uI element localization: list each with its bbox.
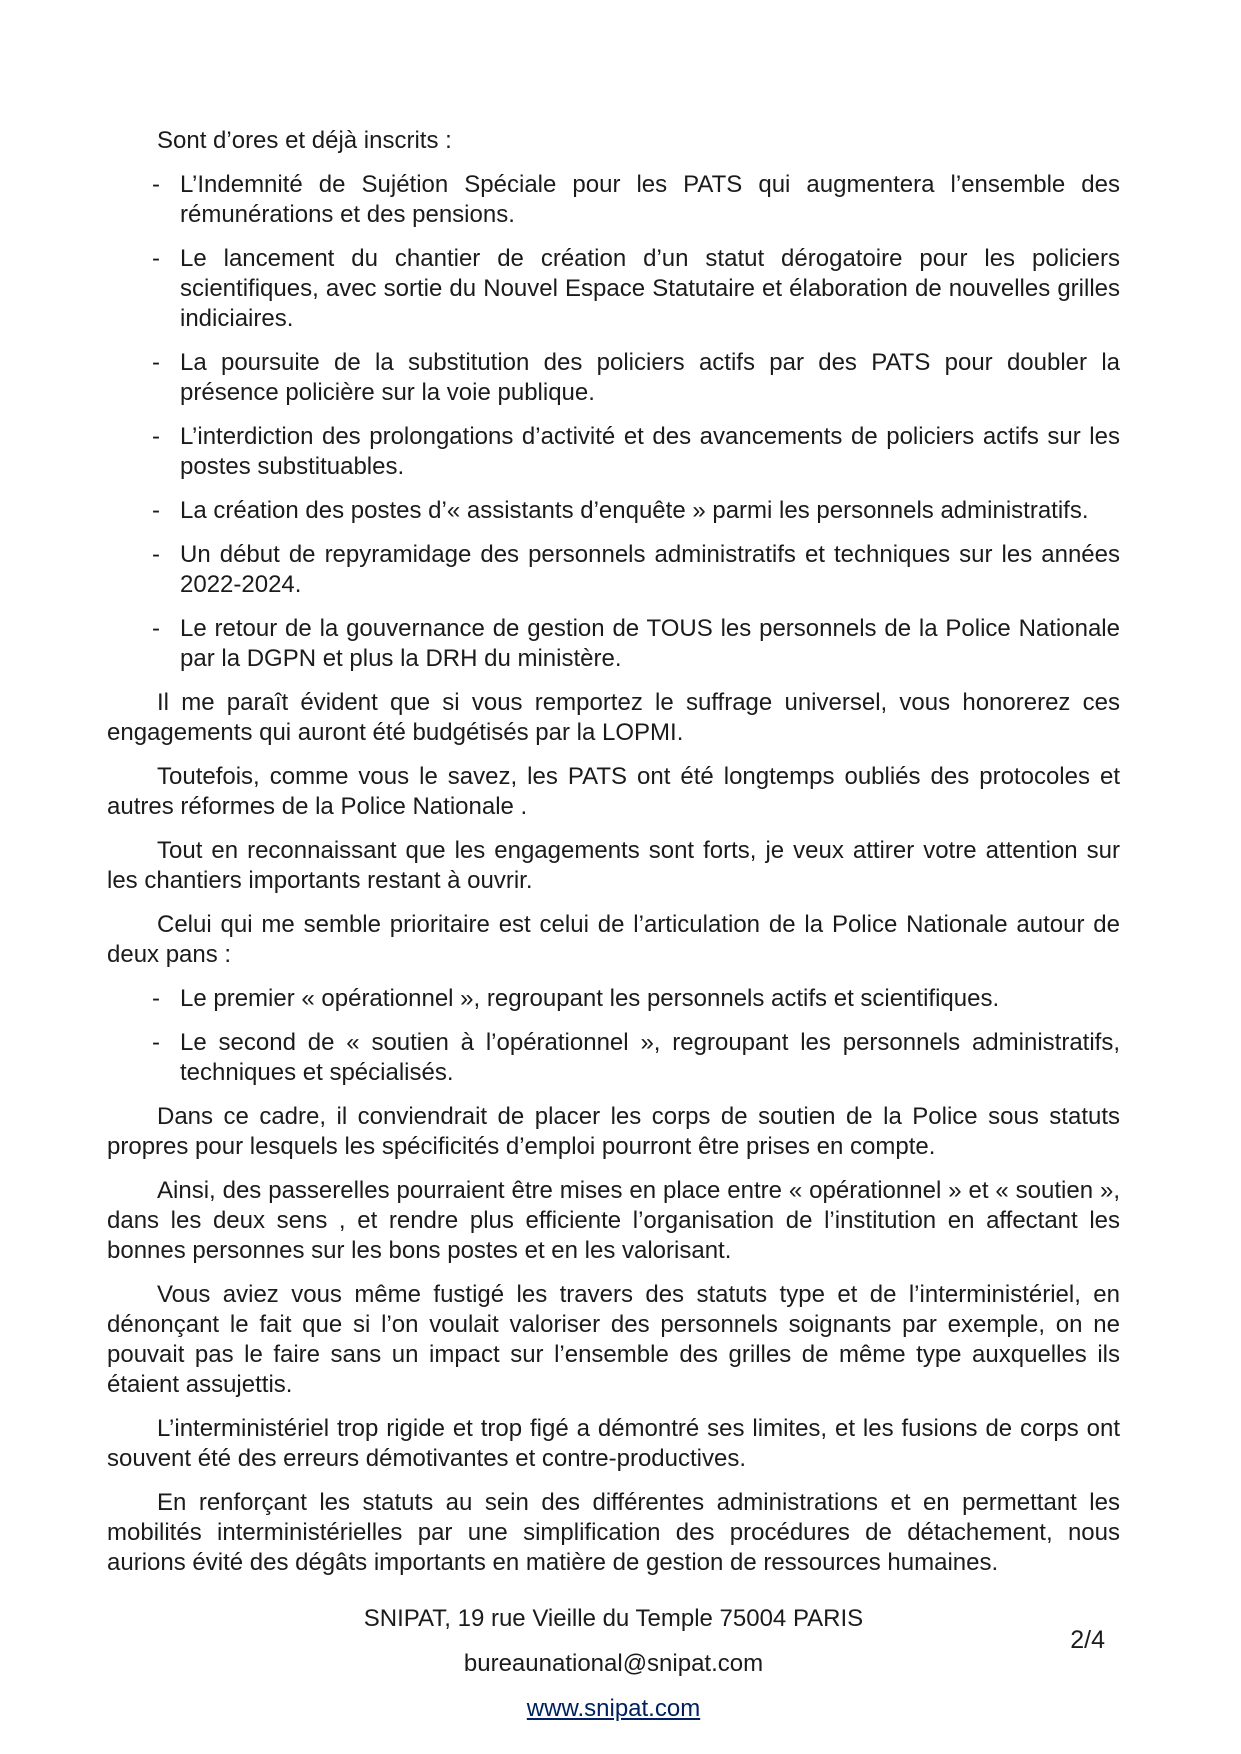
bullet-item: -La création des postes d’« assistants d… (107, 496, 1120, 526)
bullet-dash: - (152, 244, 180, 334)
bullet-text: L’Indemnité de Sujétion Spéciale pour le… (180, 170, 1120, 230)
bullet-dash: - (152, 540, 180, 600)
paragraph: Vous aviez vous même fustigé les travers… (107, 1280, 1120, 1400)
bullet-dash: - (152, 984, 180, 1014)
page-footer: SNIPAT, 19 rue Vieille du Temple 75004 P… (107, 1596, 1120, 1731)
footer-address: SNIPAT, 19 rue Vieille du Temple 75004 P… (107, 1596, 1120, 1641)
bullet-item: -L’interdiction des prolongations d’acti… (107, 422, 1120, 482)
bullet-dash: - (152, 422, 180, 482)
paragraph: Il me paraît évident que si vous remport… (107, 688, 1120, 748)
document-page: Sont d’ores et déjà inscrits :-L’Indemni… (0, 0, 1241, 1754)
bullet-text: La création des postes d’« assistants d’… (180, 496, 1120, 526)
bullet-item: -Le lancement du chantier de création d’… (107, 244, 1120, 334)
footer-website-link[interactable]: www.snipat.com (527, 1695, 700, 1722)
bullet-dash: - (152, 170, 180, 230)
bullet-text: Le second de « soutien à l’opérationnel … (180, 1028, 1120, 1088)
bullet-item: -Le second de « soutien à l’opérationnel… (107, 1028, 1120, 1088)
paragraph: Celui qui me semble prioritaire est celu… (107, 910, 1120, 970)
bullet-item: -L’Indemnité de Sujétion Spéciale pour l… (107, 170, 1120, 230)
paragraph: Ainsi, des passerelles pourraient être m… (107, 1176, 1120, 1266)
paragraph: Tout en reconnaissant que les engagement… (107, 836, 1120, 896)
bullet-text: Le lancement du chantier de création d’u… (180, 244, 1120, 334)
bullet-text: L’interdiction des prolongations d’activ… (180, 422, 1120, 482)
paragraph: Toutefois, comme vous le savez, les PATS… (107, 762, 1120, 822)
bullet-text: La poursuite de la substitution des poli… (180, 348, 1120, 408)
page-number: 2/4 (1070, 1626, 1105, 1655)
bullet-dash: - (152, 496, 180, 526)
paragraph: En renforçant les statuts au sein des di… (107, 1488, 1120, 1578)
bullet-text: Un début de repyramidage des personnels … (180, 540, 1120, 600)
bullet-text: Le premier « opérationnel », regroupant … (180, 984, 1120, 1014)
bullet-text: Le retour de la gouvernance de gestion d… (180, 614, 1120, 674)
paragraph: L’interministériel trop rigide et trop f… (107, 1414, 1120, 1474)
bullet-dash: - (152, 348, 180, 408)
bullet-item: -Un début de repyramidage des personnels… (107, 540, 1120, 600)
bullet-item: -La poursuite de la substitution des pol… (107, 348, 1120, 408)
footer-email: bureaunational@snipat.com (107, 1641, 1120, 1686)
paragraph: Dans ce cadre, il conviendrait de placer… (107, 1102, 1120, 1162)
footer-website-line: www.snipat.com (107, 1686, 1120, 1731)
bullet-dash: - (152, 1028, 180, 1088)
bullet-item: -Le retour de la gouvernance de gestion … (107, 614, 1120, 674)
letter-body: Sont d’ores et déjà inscrits :-L’Indemni… (107, 126, 1120, 1592)
paragraph: Sont d’ores et déjà inscrits : (107, 126, 1120, 156)
bullet-item: -Le premier « opérationnel », regroupant… (107, 984, 1120, 1014)
bullet-dash: - (152, 614, 180, 674)
